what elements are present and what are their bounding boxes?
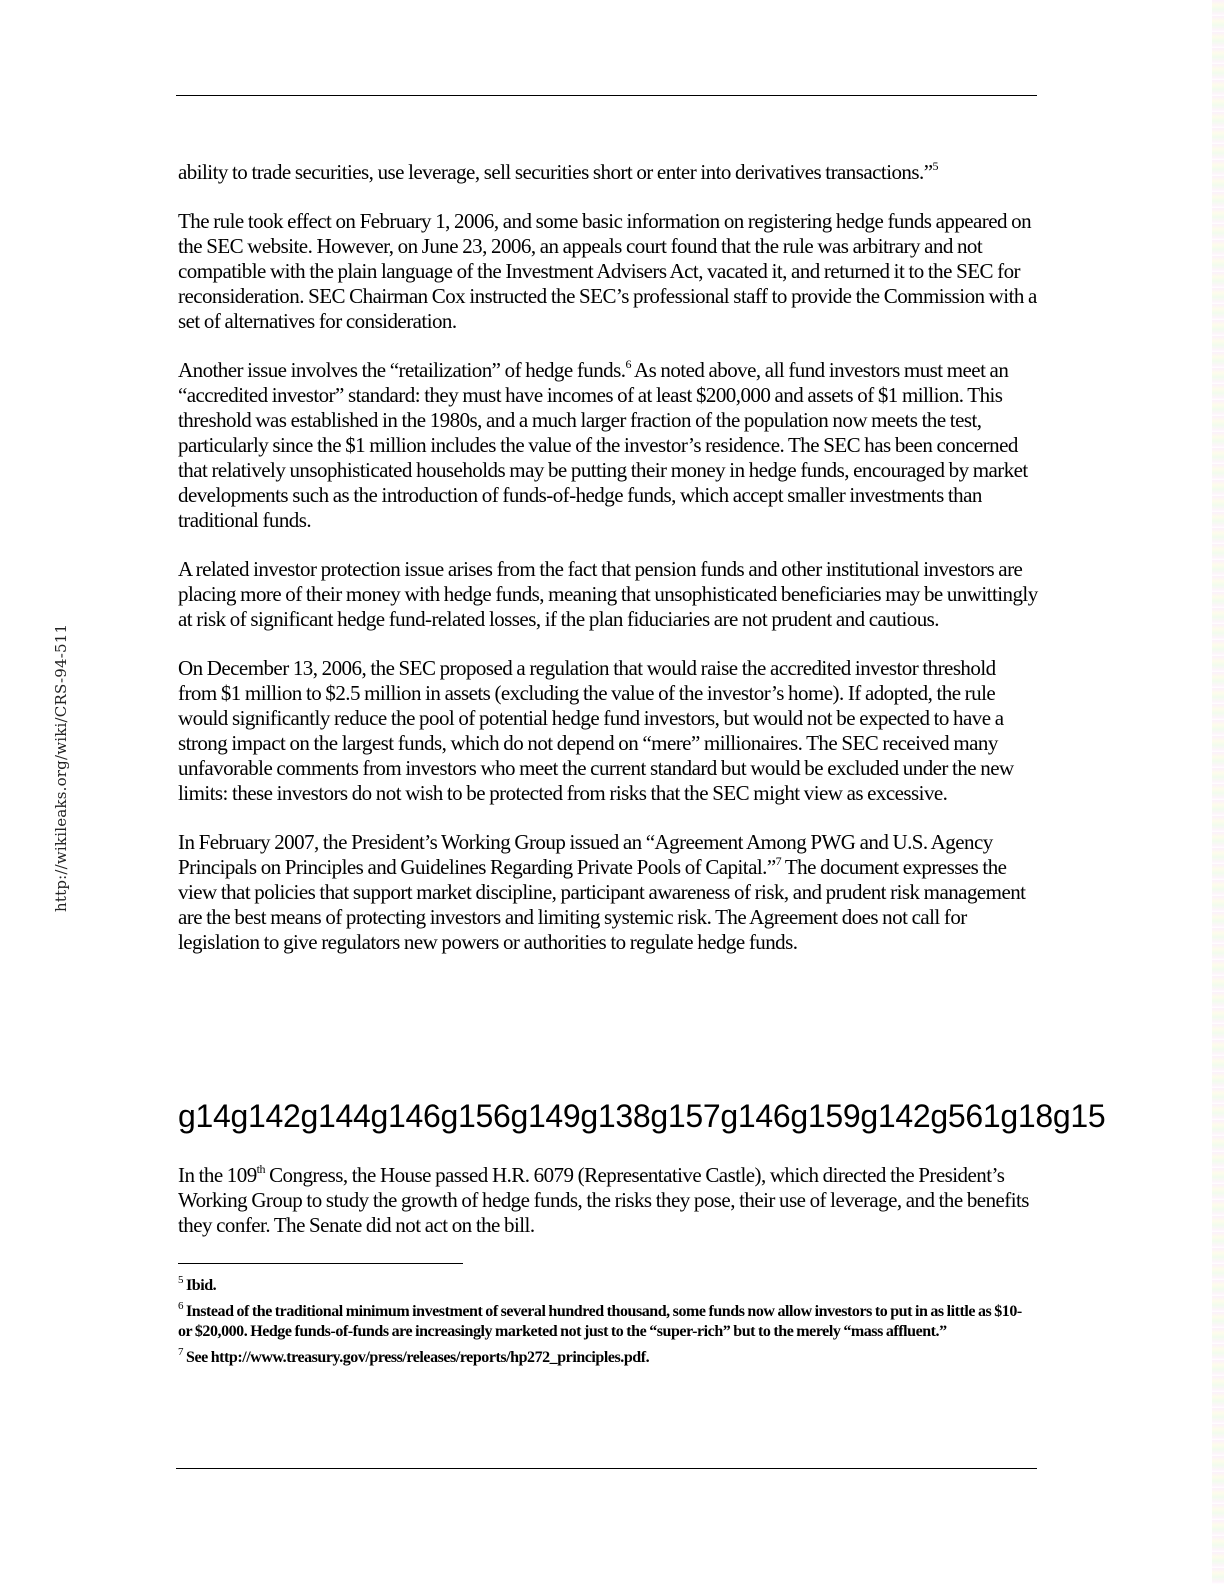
body-text: ability to trade securities, use leverag… bbox=[178, 160, 1038, 979]
footer-rule bbox=[176, 1468, 1037, 1469]
header-rule bbox=[176, 95, 1037, 96]
paragraph-4: A related investor protection issue aris… bbox=[178, 557, 1038, 632]
body-text-after-heading: In the 109th Congress, the House passed … bbox=[178, 1163, 1038, 1238]
footnote-7-link[interactable]: See http://www.treasury.gov/press/releas… bbox=[183, 1349, 649, 1366]
paragraph-5: On December 13, 2006, the SEC proposed a… bbox=[178, 656, 1038, 806]
footnote-6: 6 Instead of the traditional minimum inv… bbox=[178, 1302, 1038, 1342]
ordinal-superscript: th bbox=[257, 1162, 265, 1176]
page-edge-artifact bbox=[1212, 0, 1224, 1584]
paragraph-7: In the 109th Congress, the House passed … bbox=[178, 1163, 1038, 1238]
footnotes: 5 Ibid. 6 Instead of the traditional min… bbox=[178, 1276, 1038, 1374]
footnote-7: 7 See http://www.treasury.gov/press/rele… bbox=[178, 1348, 1038, 1368]
section-heading-garbled: g14g142g144g146g156g149g138g157g146g159g… bbox=[178, 1097, 1224, 1135]
side-watermark-url[interactable]: http://wikileaks.org/wiki/CRS-94-511 bbox=[52, 624, 70, 912]
footnote-5: 5 Ibid. bbox=[178, 1276, 1038, 1296]
footnote-separator bbox=[178, 1263, 463, 1264]
paragraph-1: ability to trade securities, use leverag… bbox=[178, 160, 1038, 185]
paragraph-2: The rule took effect on February 1, 2006… bbox=[178, 209, 1038, 334]
paragraph-6: In February 2007, the President’s Workin… bbox=[178, 830, 1038, 955]
paragraph-3: Another issue involves the “retailizatio… bbox=[178, 358, 1038, 533]
footnote-ref-5[interactable]: 5 bbox=[932, 159, 937, 173]
